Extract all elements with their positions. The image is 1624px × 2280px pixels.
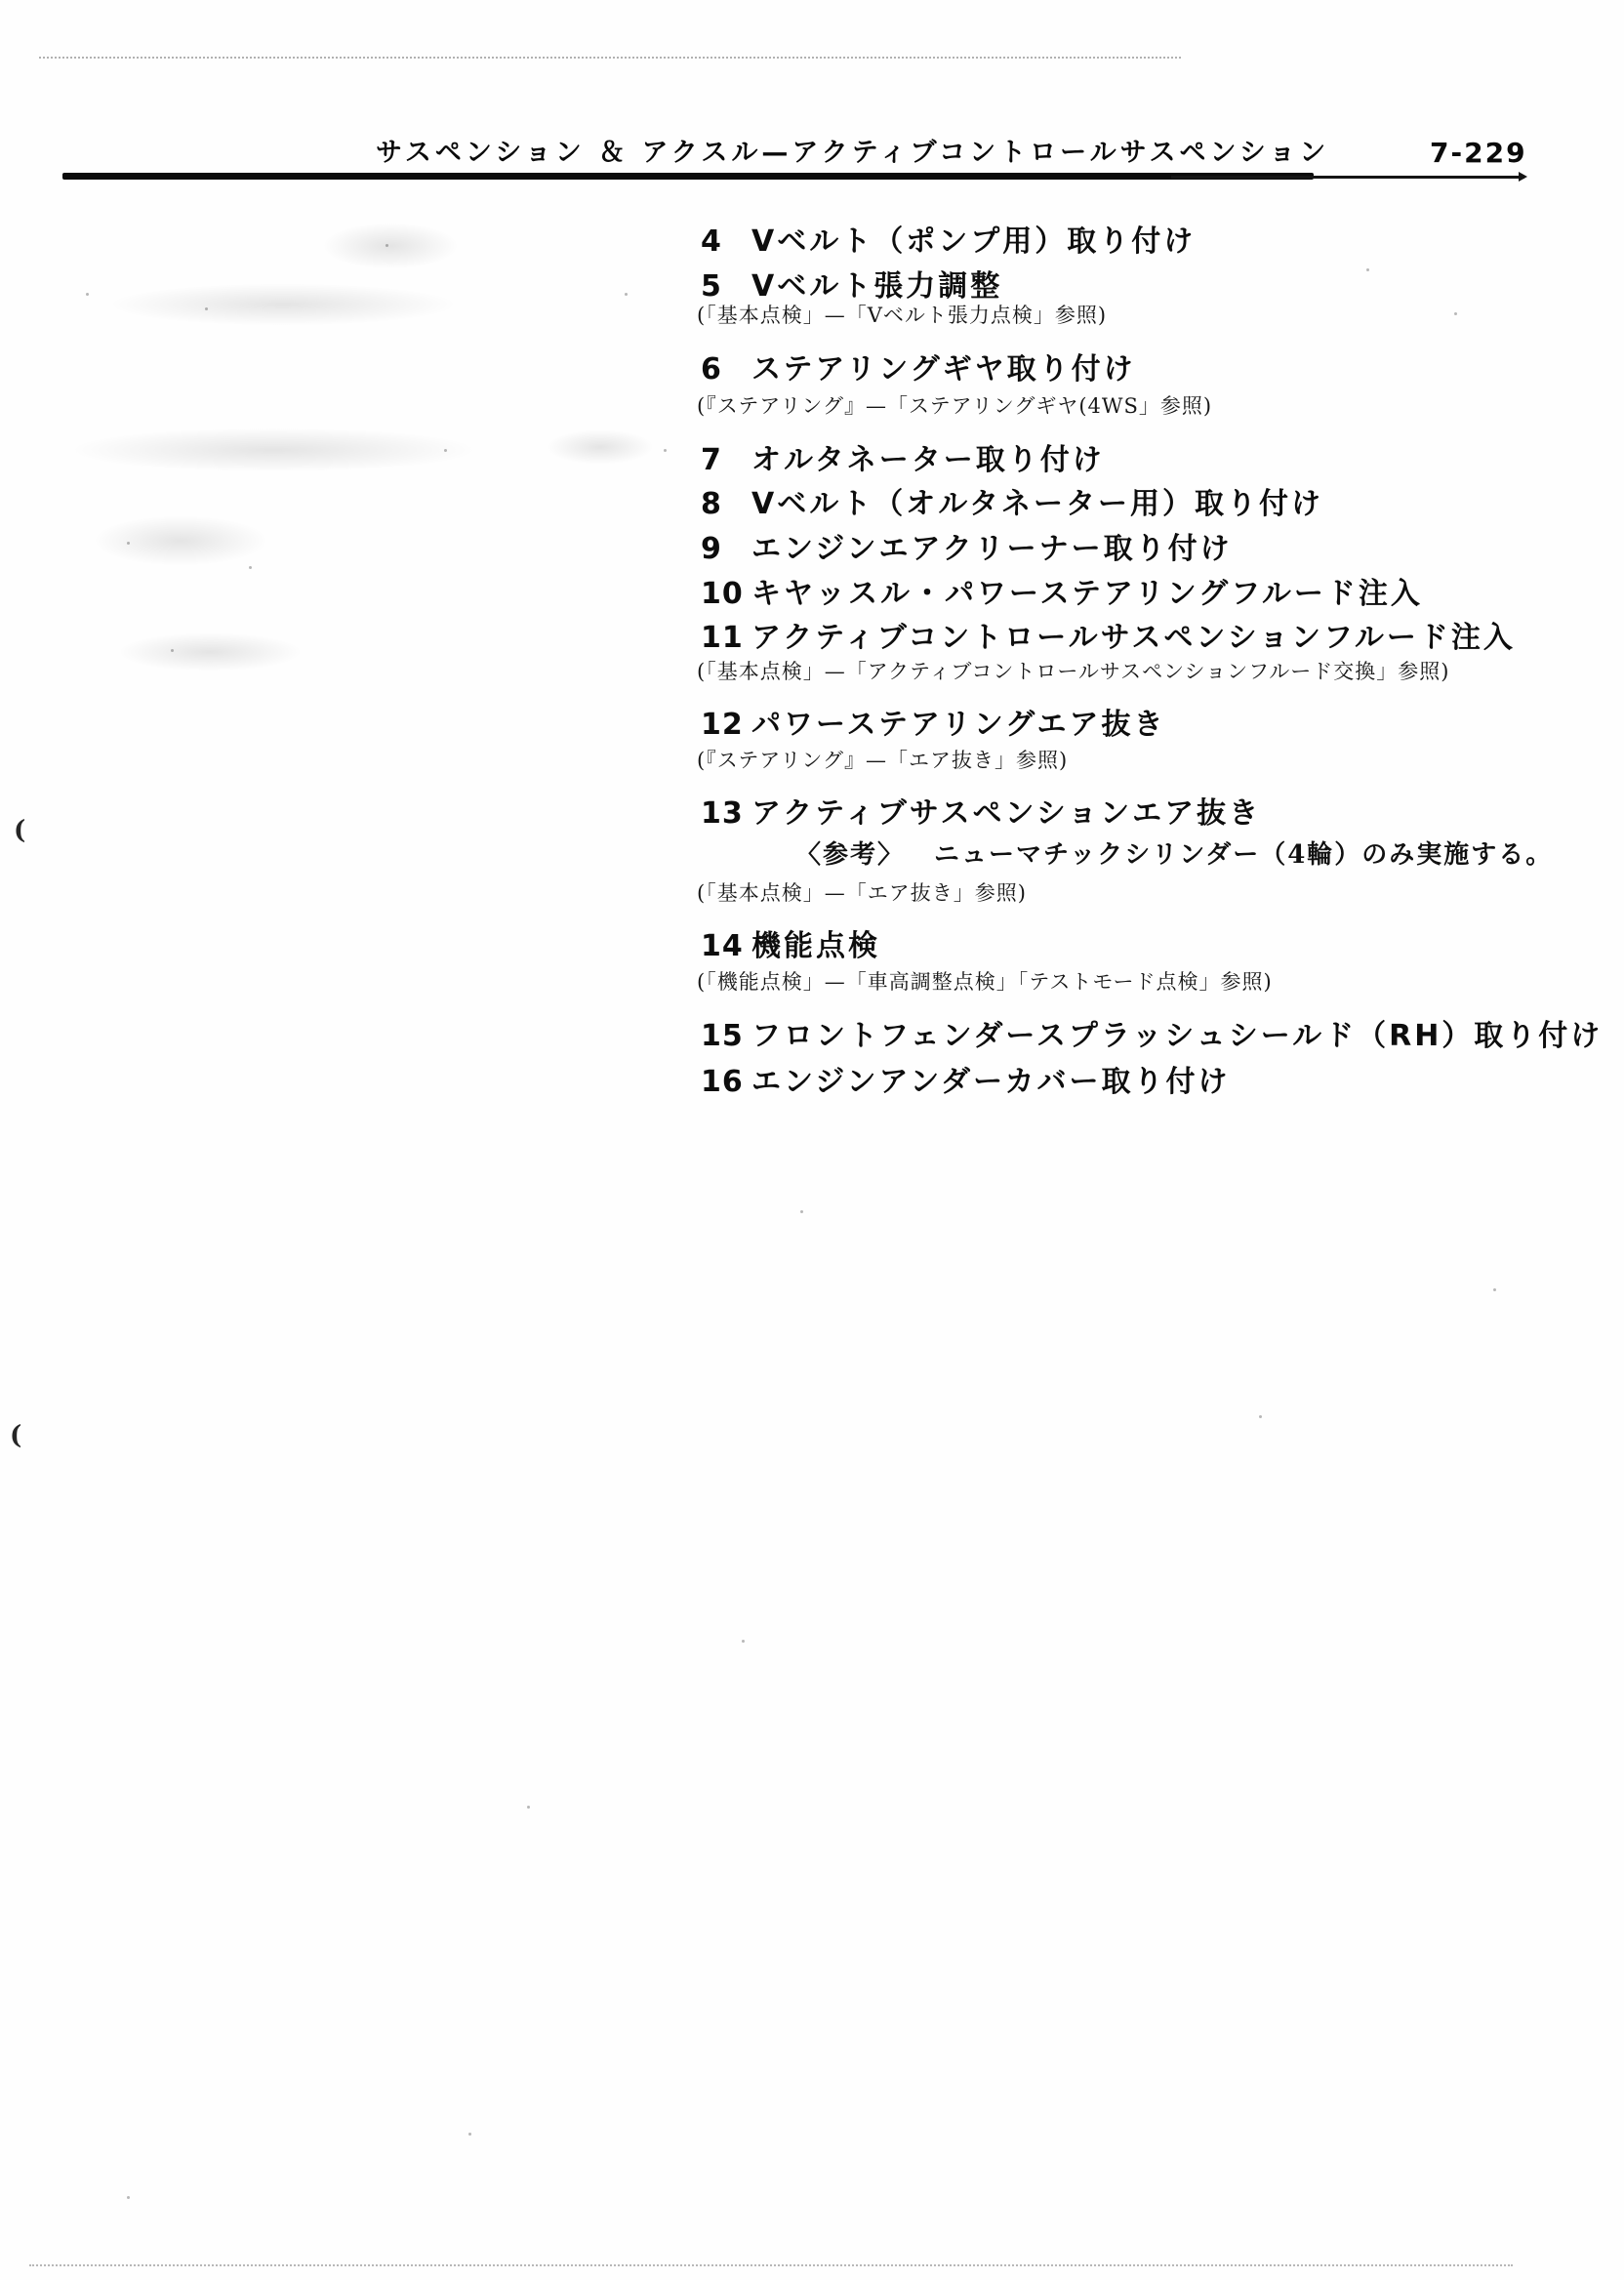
page-number: 7-229 bbox=[1430, 137, 1527, 169]
scan-noise-row-bottom bbox=[29, 2264, 1513, 2266]
scan-speck bbox=[127, 542, 130, 545]
reference-note: (「基本点検」—「エア抜き」参照) bbox=[697, 877, 1027, 907]
list-item-12: 12 パワーステアリングエア抜き bbox=[701, 700, 1166, 743]
item-text: ステアリングギヤ取り付け bbox=[751, 345, 1136, 387]
list-item-15: 15 フロントフェンダースプラッシュシールド（RH）取り付け bbox=[701, 1011, 1603, 1054]
item-text: オルタネーター取り付け bbox=[751, 435, 1105, 478]
scan-smudge bbox=[322, 223, 459, 269]
scan-speck bbox=[1366, 268, 1369, 271]
scan-speck bbox=[625, 293, 628, 296]
item-number: 11 bbox=[701, 621, 751, 655]
list-item-11: 11 アクティブコントロールサスペンションフルード注入 bbox=[701, 613, 1516, 656]
item-number: 13 bbox=[701, 796, 751, 831]
scan-speck bbox=[1454, 312, 1457, 315]
item-text: キヤッスル・パワーステアリングフルード注入 bbox=[751, 569, 1423, 612]
list-item-14: 14 機能点検 bbox=[701, 921, 880, 964]
item-text: パワーステアリングエア抜き bbox=[751, 700, 1166, 743]
scan-speck bbox=[171, 649, 174, 652]
scan-speck bbox=[205, 307, 208, 310]
scan-smudge bbox=[107, 283, 459, 326]
item-number: 7 bbox=[701, 443, 751, 477]
scan-smudge bbox=[68, 427, 478, 472]
scan-artifact-paren: ( bbox=[10, 1421, 21, 1450]
list-item-6: 6 ステアリングギヤ取り付け bbox=[701, 345, 1136, 387]
scan-speck bbox=[664, 449, 667, 452]
item-number: 15 bbox=[701, 1019, 751, 1053]
item-number: 9 bbox=[701, 532, 751, 566]
item-number: 5 bbox=[701, 269, 751, 304]
header-rule-tip bbox=[1519, 172, 1527, 182]
scan-speck bbox=[468, 2133, 471, 2136]
list-item-8: 8 Vベルト（オルタネーター用）取り付け bbox=[701, 479, 1323, 522]
scan-noise-row-top bbox=[39, 57, 1181, 59]
list-item-16: 16 エンジンアンダーカバー取り付け bbox=[701, 1057, 1231, 1100]
reference-note: (『ステアリング』—「ステアリングギヤ(4WS」参照) bbox=[697, 390, 1212, 420]
scan-smudge bbox=[117, 632, 303, 672]
remark-text: ニューマチックシリンダー（4輪）のみ実施する。 bbox=[934, 835, 1553, 871]
header-rule bbox=[62, 173, 1314, 180]
list-item-4: 4 Vベルト（ポンプ用）取り付け bbox=[701, 217, 1196, 260]
scan-speck bbox=[386, 244, 388, 247]
list-item-13: 13 アクティブサスペンションエア抜き bbox=[701, 789, 1261, 832]
item-number: 6 bbox=[701, 352, 751, 387]
scan-smudge bbox=[93, 515, 268, 566]
item-number: 4 bbox=[701, 224, 751, 259]
item-text: フロントフェンダースプラッシュシールド（RH）取り付け bbox=[751, 1011, 1603, 1054]
scan-speck bbox=[1493, 1288, 1496, 1291]
reference-note: (「基本点検」—「Vベルト張力点検」参照) bbox=[697, 300, 1107, 329]
scan-speck bbox=[86, 293, 89, 296]
scan-speck bbox=[1259, 1415, 1262, 1418]
scan-smudge bbox=[547, 429, 654, 465]
remark-line: 〈参考〉 ニューマチックシリンダー（4輪）のみ実施する。 bbox=[795, 835, 1553, 871]
item-text: アクティブサスペンションエア抜き bbox=[751, 789, 1261, 832]
scan-speck bbox=[527, 1806, 530, 1809]
list-item-10: 10 キヤッスル・パワーステアリングフルード注入 bbox=[701, 569, 1423, 612]
scan-speck bbox=[742, 1640, 745, 1643]
reference-note: (「機能点検」—「車高調整点検」「テストモード点検」参照) bbox=[697, 966, 1273, 996]
item-text: エンジンエアクリーナー取り付け bbox=[751, 524, 1233, 567]
item-text: Vベルト（オルタネーター用）取り付け bbox=[751, 479, 1323, 522]
scan-speck bbox=[127, 2196, 130, 2199]
item-number: 14 bbox=[701, 929, 751, 963]
scan-speck bbox=[249, 566, 252, 569]
item-text: アクティブコントロールサスペンションフルード注入 bbox=[751, 613, 1516, 656]
item-text: Vベルト張力調整 bbox=[751, 262, 1002, 305]
scan-artifact-paren: ( bbox=[14, 816, 25, 845]
item-number: 16 bbox=[701, 1065, 751, 1099]
list-item-7: 7 オルタネーター取り付け bbox=[701, 435, 1105, 478]
item-number: 12 bbox=[701, 708, 751, 742]
list-item-5: 5 Vベルト張力調整 bbox=[701, 262, 1002, 305]
item-text: 機能点検 bbox=[751, 921, 880, 964]
list-item-9: 9 エンジンエアクリーナー取り付け bbox=[701, 524, 1233, 567]
reference-note: (「基本点検」—「アクティブコントロールサスペンションフルード交換」参照) bbox=[697, 656, 1449, 685]
page-title: サスペンション ＆ アクスル—アクティブコントロールサスペンション bbox=[376, 131, 1329, 169]
item-text: Vベルト（ポンプ用）取り付け bbox=[751, 217, 1196, 260]
item-number: 8 bbox=[701, 487, 751, 521]
item-text: エンジンアンダーカバー取り付け bbox=[751, 1057, 1231, 1100]
scan-speck bbox=[800, 1210, 803, 1213]
remark-label: 〈参考〉 bbox=[795, 835, 905, 871]
scan-speck bbox=[444, 449, 447, 452]
header-rule-tail bbox=[1171, 176, 1524, 179]
manual-page: サスペンション ＆ アクスル—アクティブコントロールサスペンション 7-229 … bbox=[0, 0, 1624, 2280]
item-number: 10 bbox=[701, 577, 751, 611]
reference-note: (『ステアリング』—「エア抜き」参照) bbox=[697, 745, 1068, 774]
